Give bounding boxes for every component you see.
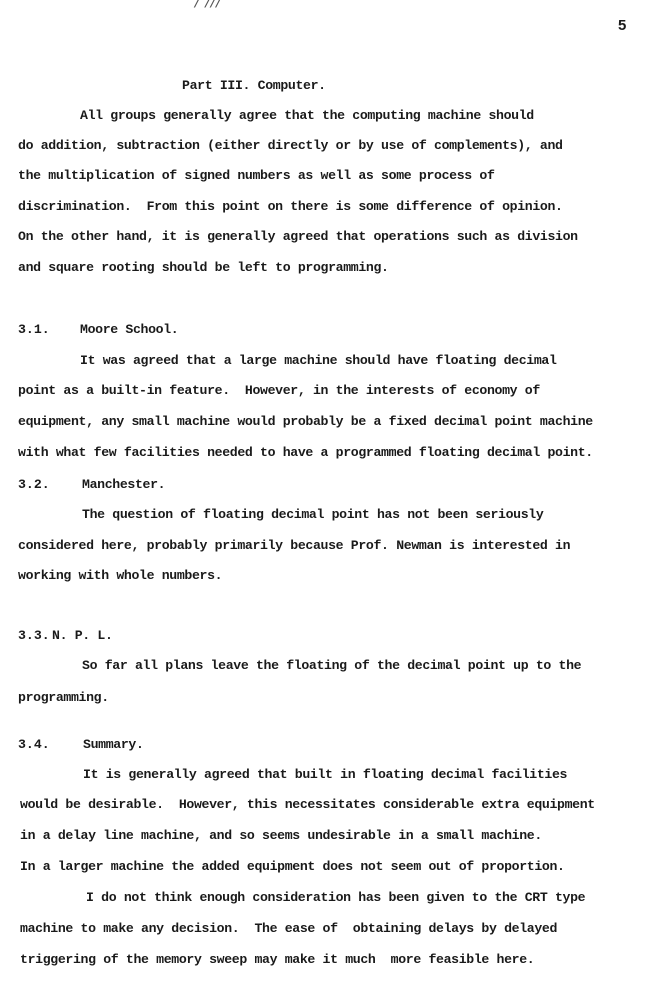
section-line: point as a built-in feature. However, in… xyxy=(18,383,540,399)
section-line: machine to make any decision. The ease o… xyxy=(20,921,557,937)
page-number: 5 xyxy=(618,17,626,34)
intro-line: On the other hand, it is generally agree… xyxy=(18,229,578,245)
section-line: programming. xyxy=(18,690,109,706)
section-line: The question of floating decimal point h… xyxy=(82,507,543,523)
section-heading: Summary. xyxy=(83,737,144,753)
intro-line: the multiplication of signed numbers as … xyxy=(18,168,495,184)
section-line: considered here, probably primarily beca… xyxy=(18,538,570,554)
section-line: So far all plans leave the floating of t… xyxy=(82,658,581,674)
section-line: equipment, any small machine would proba… xyxy=(18,414,593,430)
section-number: 3.3. xyxy=(18,628,50,643)
section-number: 3.1. xyxy=(18,322,50,337)
intro-line: and square rooting should be left to pro… xyxy=(18,260,389,276)
section-line: In a larger machine the added equipment … xyxy=(20,859,565,875)
section-line: triggering of the memory sweep may make … xyxy=(20,952,534,968)
intro-line: All groups generally agree that the comp… xyxy=(80,108,534,124)
section-heading: Manchester. xyxy=(82,477,165,493)
section-line: would be desirable. However, this necess… xyxy=(20,797,595,813)
intro-line: do addition, subtraction (either directl… xyxy=(18,138,563,154)
section-line: It was agreed that a large machine shoul… xyxy=(80,353,557,369)
intro-line: discrimination. From this point on there… xyxy=(18,199,563,215)
section-number: 3.4. xyxy=(18,737,50,752)
section-heading: Moore School. xyxy=(80,322,178,338)
section-line: with what few facilities needed to have … xyxy=(18,445,593,461)
section-heading: N. P. L. xyxy=(52,628,113,644)
section-line: working with whole numbers. xyxy=(18,568,222,584)
section-line: It is generally agreed that built in flo… xyxy=(83,767,567,783)
handwritten-note: / /// xyxy=(195,0,222,10)
section-line: I do not think enough consideration has … xyxy=(86,890,585,906)
section-line: in a delay line machine, and so seems un… xyxy=(20,828,542,844)
section-number: 3.2. xyxy=(18,477,50,492)
part-title: Part III. Computer. xyxy=(182,78,326,94)
